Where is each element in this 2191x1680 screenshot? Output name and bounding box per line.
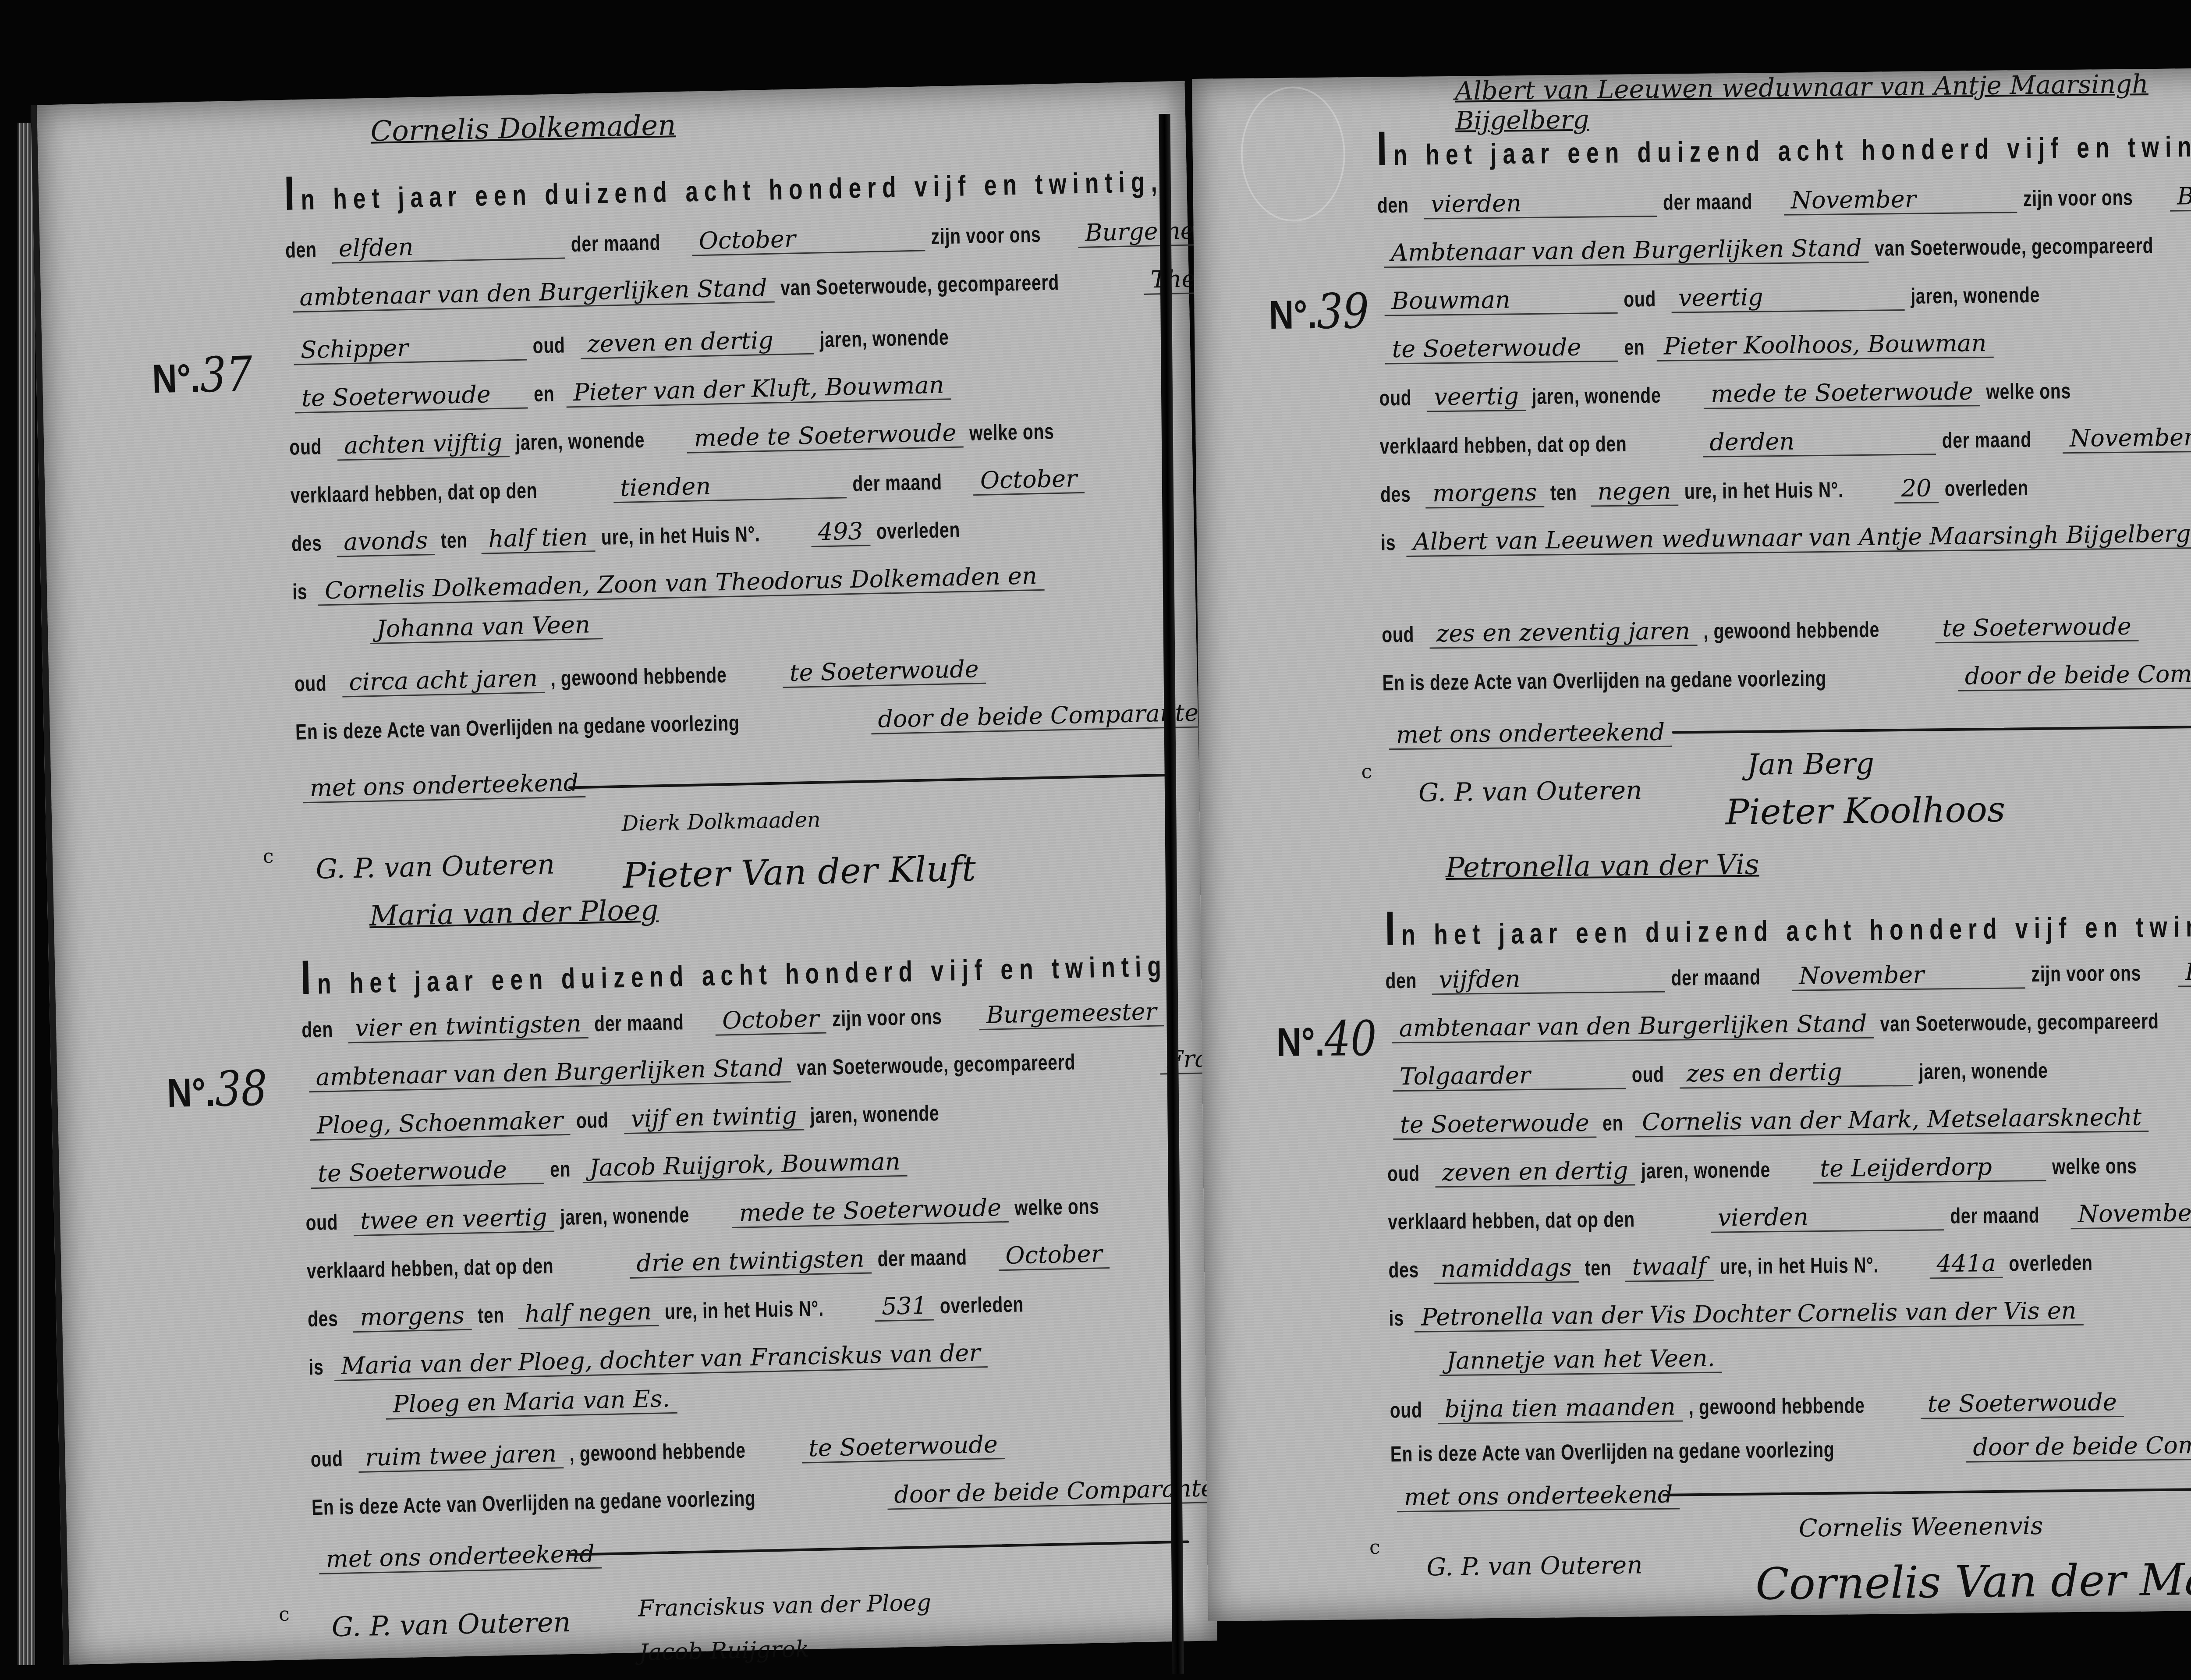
signature-declarant2: Pieter Van der Kluft	[622, 848, 976, 896]
record-number: N°.38	[167, 1060, 268, 1118]
signature-officer: G. P. van Outeren	[331, 1606, 571, 1643]
form-line-deceased: isCornelis Dolkemaden, Zoon van Theodoru…	[292, 562, 1051, 606]
form-line-death-date: verklaard hebben, dat op dentienden der …	[290, 464, 1091, 510]
form-line-date: denvijfden der maandNovember zijn voor o…	[1385, 956, 2191, 995]
form-line-age2: oudachten vijftig jaren, wonendemede te …	[289, 416, 1078, 462]
declarant2-name: Jacob Ruijgrok, Bouwman	[582, 1148, 908, 1184]
form-line-death-date: verklaard hebben, dat op denvierden der …	[1388, 1199, 2191, 1237]
death-record-37: Cornelis Dolkemaden In het jaar een duiz…	[37, 81, 1184, 105]
closing-rule	[1672, 725, 2191, 734]
form-line-age1: Tolgaarderoud zes en dertigjaren, wonend…	[1386, 1056, 2085, 1092]
deceased-name: Cornelis Dolkemaden, Zoon van Theodorus …	[317, 562, 1044, 606]
signature-declarant1: Cornelis Weenenvis	[1798, 1512, 2043, 1543]
form-line-age1: Bouwmanoud veertigjaren, wonende	[1378, 280, 2076, 316]
house-number: 441a	[1929, 1249, 2003, 1279]
deceased-name: Petronella van der Vis Dochter Cornelis …	[1414, 1297, 2084, 1333]
form-line-death-time: desmorgens tenhalf negen ure, in het Hui…	[307, 1289, 1048, 1333]
form-line-acte: En is deze Acte van Overlijden na gedane…	[1382, 659, 2191, 697]
record-day: vier en twintigsten	[348, 1010, 589, 1043]
form-line-declarant2: te Soeterwoudeen Pieter van der Kluft, B…	[288, 371, 957, 414]
form-line-acte: En is deze Acte van Overlijden na gedane…	[311, 1474, 1243, 1522]
house-number: 531	[874, 1291, 934, 1322]
form-line-death-time: desmorgens tennegen ure, in het Huis N°.…	[1380, 473, 2052, 509]
form-line-signed: met ons onderteekend	[296, 769, 592, 804]
declarant2-name: Pieter Koolhoos, Bouwman	[1656, 329, 1993, 362]
form-line-death-time: desavonds tenhalf tien ure, in het Huis …	[291, 515, 984, 558]
death-record-40: Petronella van der Vis In het jaar een d…	[1200, 843, 2191, 854]
form-line-deceased: isMaria van der Ploeg, dochter van Franc…	[308, 1339, 994, 1382]
declarant2-name: Cornelis van der Mark, Metselaarsknecht	[1635, 1103, 2149, 1137]
form-line-declarant1: Ambtenaar van den Burgerlijken Standvan …	[1378, 228, 2191, 268]
record-day: vijfden	[1432, 964, 1665, 995]
form-line-declarant1: ambtenaar van den Burgerlijken Standvan …	[1386, 1003, 2191, 1044]
signature-declarant2: Pieter Koolhoos	[1725, 789, 2005, 833]
left-page: Cornelis Dolkemaden In het jaar een duiz…	[31, 81, 1217, 1665]
deceased-name: Albert van Leeuwen weduwnaar van Antje M…	[1406, 520, 2191, 557]
record-day: vierden	[1424, 188, 1657, 220]
record-month: November	[1792, 960, 2025, 991]
form-line-declarant2: te Soeterwoudeen Jacob Ruijgrok, Bouwman	[305, 1147, 914, 1189]
record-number: N°.39	[1269, 283, 1369, 340]
form-line-acte: En is deze Acte van Overlijden na gedane…	[295, 698, 1227, 747]
form-line-date: denelfden der maandOctober zijn voor ons…	[285, 215, 1269, 265]
form-line-deceased-cont: Ploeg en Maria van Es.	[379, 1384, 684, 1419]
record-number: N°.40	[1276, 1010, 1377, 1067]
form-line-declarant2: te Soeterwoudeen Pieter Koolhoos, Bouwma…	[1379, 329, 2000, 365]
form-line-deceased-age: oudbijna tien maanden , gewoond hebbende…	[1390, 1388, 2130, 1425]
form-line-signed: met ons onderteekend	[1383, 718, 1678, 750]
form-line-age2: oudzeven en dertig jaren, wonendete Leij…	[1387, 1151, 2161, 1188]
record-heading: Petronella van der Vis	[1446, 849, 1759, 884]
record-heading: Cornelis Dolkemaden	[370, 109, 677, 148]
record-month: November	[1783, 184, 2017, 216]
signature-declarant2: Cornelis Van der Mark	[1755, 1553, 2191, 1610]
signature-declarant1: Dierk Dolkmaaden	[621, 808, 821, 836]
form-line-date: denvier en twintigsten der maandOctober …	[301, 997, 1170, 1044]
house-number: 493	[811, 517, 870, 547]
form-line-year: In het jaar een duizend acht honderd vij…	[1385, 889, 2191, 957]
form-line-age2: oudtwee en veertig jaren, wonendemede te…	[305, 1191, 1124, 1237]
form-line-signed: met ons onderteekend	[312, 1539, 608, 1574]
form-line-year: In het jaar een duizend acht honderd vij…	[1376, 109, 2191, 177]
signature-declarant1: Jan Berg	[1747, 747, 1874, 782]
record-month: October	[691, 222, 925, 256]
form-line-acte: En is deze Acte van Overlijden na gedane…	[1390, 1430, 2191, 1468]
form-line-age2: oudveertig jaren, wonendemede te Soeterw…	[1379, 376, 2095, 412]
form-line-death-date: verklaard hebben, dat op denderden der m…	[1379, 423, 2191, 461]
form-line-deceased-cont: Johanna van Veen	[363, 610, 609, 645]
watermark-stamp	[1240, 86, 1346, 222]
record-day: elfden	[331, 230, 565, 264]
form-line-deceased: isAlbert van Leeuwen weduwnaar van Antje…	[1381, 520, 2191, 557]
form-line-signed: met ons onderteekend	[1391, 1480, 1686, 1512]
form-line-deceased-age: oudruim twee jaren , gewoond hebbendete …	[310, 1430, 1011, 1474]
form-line-death-date: verklaard hebben, dat op dendrie en twin…	[306, 1240, 1116, 1286]
house-number: 20	[1894, 474, 1938, 503]
record-number: N°.37	[152, 346, 253, 404]
signature-officer: G. P. van Outeren	[1426, 1551, 1642, 1581]
signature-declarant2: Jacob Ruijgrok	[639, 1636, 810, 1666]
signature-officer: G. P. van Outeren	[1418, 775, 1642, 807]
record-month: October	[715, 1004, 826, 1035]
signature-officer: G. P. van Outeren	[316, 848, 555, 885]
closing-rule	[567, 1540, 1189, 1556]
right-page: 11 Albert van Leeuwen weduwnaar van Antj…	[1192, 67, 2191, 1621]
form-line-deceased: isPetronella van der Vis Dochter Corneli…	[1389, 1297, 2090, 1333]
form-line-deceased-cont: Jannetje van het Veen.	[1433, 1344, 1728, 1376]
closing-rule	[568, 774, 1173, 789]
death-record-39: Albert van Leeuwen weduwnaar van Antje M…	[1192, 67, 2191, 79]
form-line-date: denvierden der maandNovember zijn voor o…	[1377, 181, 2191, 220]
scanned-register-spread: Cornelis Dolkemaden In het jaar een duiz…	[0, 0, 2191, 1680]
record-heading: Maria van der Ploeg	[369, 894, 659, 932]
form-line-age1: Schipperoud zeven en dertigjaren, wonend…	[287, 322, 986, 365]
signature-declarant1: Franciskus van der Ploeg	[638, 1590, 932, 1622]
form-line-age1: Ploeg, Schoenmakeroud vijf en twintigjar…	[303, 1098, 976, 1141]
deceased-name: Maria van der Ploeg, dochter van Francis…	[333, 1339, 987, 1381]
page-edges	[18, 123, 35, 1665]
closing-rule	[1663, 1487, 2191, 1496]
form-line-death-time: desnamiddags tentwaalf ure, in het Huis …	[1388, 1248, 2117, 1284]
form-line-deceased-age: oudzes en zeventig jaren , gewoond hebbe…	[1382, 612, 2145, 649]
form-line-deceased-age: oudcirca acht jaren , gewoond hebbendete…	[294, 655, 992, 698]
declarant2-name: Pieter van der Kluft, Bouwman	[566, 371, 951, 408]
form-line-declarant2: te Soeterwoudeen Cornelis van der Mark, …	[1387, 1103, 2155, 1140]
